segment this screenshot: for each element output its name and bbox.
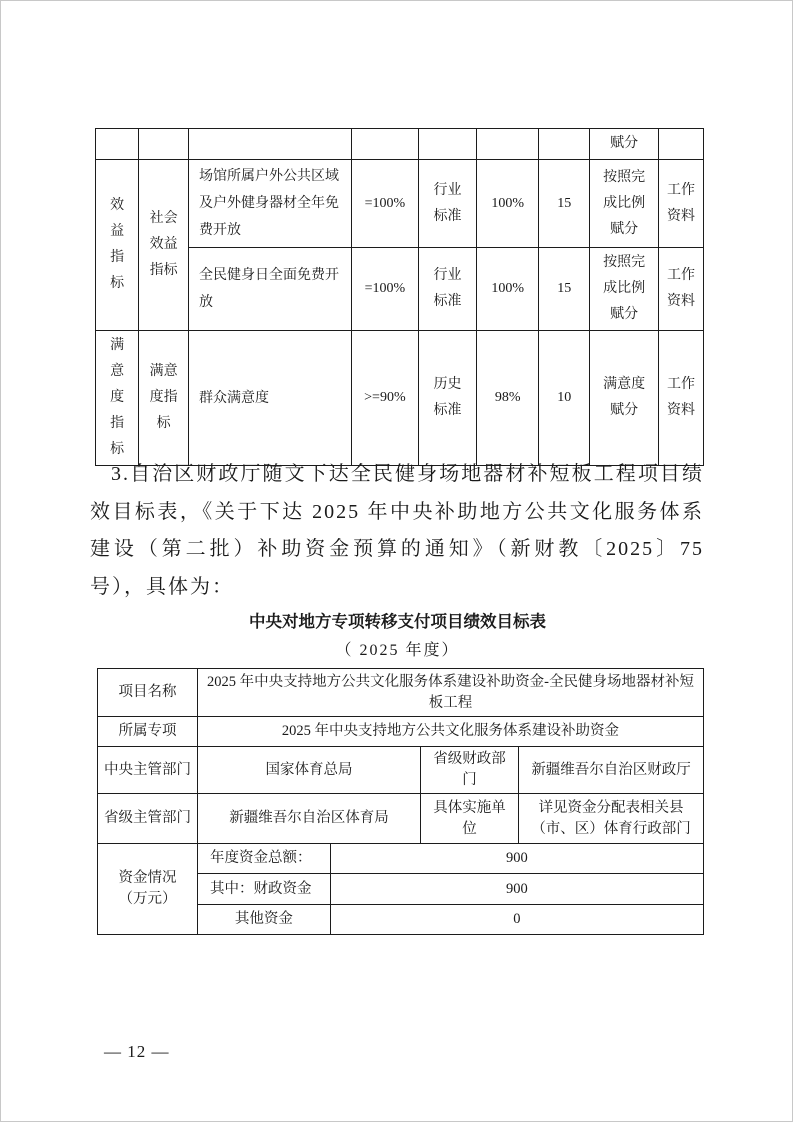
row-label-cell: 省级主管部门	[98, 794, 198, 844]
document-page: 赋分 效 益 指 标 社会 效益 指标 场馆所属户外公共区域及户外健身器材全年免…	[0, 0, 793, 1122]
table-row-project-name: 项目名称 2025 年中央支持地方公共文化服务体系建设补助资金-全民健身场地器材…	[98, 669, 704, 717]
standard-cell: 历史 标准	[418, 331, 476, 466]
central-dept-cell: 国家体育总局	[197, 747, 420, 794]
empty-cell	[539, 129, 590, 160]
table-row-benefit-1: 效 益 指 标 社会 效益 指标 场馆所属户外公共区域及户外健身器材全年免费开放…	[96, 160, 704, 248]
value-cell: 98%	[477, 331, 539, 466]
indicator-name-cell: 群众满意度	[189, 331, 352, 466]
subcategory-cell: 满意 度指 标	[139, 331, 189, 466]
target-cell: =100%	[351, 160, 418, 248]
source-cell: 工作 资料	[658, 248, 703, 331]
row-label-cell: 资金情况 （万元）	[98, 844, 198, 935]
score-cell: 15	[539, 248, 590, 331]
empty-cell	[418, 129, 476, 160]
table-row-provincial-dept: 省级主管部门 新疆维吾尔自治区体育局 具体实施单 位 详见资金分配表相关县 （市…	[98, 794, 704, 844]
funding-other-value-cell: 0	[330, 905, 703, 935]
row-label-cell: 所属专项	[98, 717, 198, 747]
empty-cell	[351, 129, 418, 160]
body-paragraph: 3.自治区财政厅随文下达全民健身场地器材补短板工程项目绩效目标表，《关于下达 2…	[90, 456, 704, 606]
empty-cell	[658, 129, 703, 160]
empty-cell	[96, 129, 139, 160]
table-row-parent-program: 所属专项 2025 年中央支持地方公共文化服务体系建设补助资金	[98, 717, 704, 747]
row-label-cell: 具体实施单 位	[420, 794, 518, 844]
value-cell: 100%	[477, 160, 539, 248]
subcategory-cell: 社会 效益 指标	[139, 160, 189, 331]
source-cell: 工作 资料	[658, 331, 703, 466]
indicator-table: 赋分 效 益 指 标 社会 效益 指标 场馆所属户外公共区域及户外健身器材全年免…	[95, 128, 704, 466]
empty-cell	[477, 129, 539, 160]
funding-other-label-cell: 其他资金	[197, 905, 330, 935]
provincial-finance-cell: 新疆维吾尔自治区财政厅	[519, 747, 704, 794]
row-label-cell: 项目名称	[98, 669, 198, 717]
scoring-method-cell: 满意度 赋分	[590, 331, 659, 466]
category-cell: 效 益 指 标	[96, 160, 139, 331]
table-row-funding-total: 资金情况 （万元） 年度资金总额： 900	[98, 844, 704, 874]
category-cell: 满 意 度 指 标	[96, 331, 139, 466]
scoring-method-cell: 按照完 成比例 赋分	[590, 160, 659, 248]
table-row-central-dept: 中央主管部门 国家体育总局 省级财政部 门 新疆维吾尔自治区财政厅	[98, 747, 704, 794]
table-row-carryover: 赋分	[96, 129, 704, 160]
provincial-dept-cell: 新疆维吾尔自治区体育局	[197, 794, 420, 844]
indicator-name-cell: 场馆所属户外公共区域及户外健身器材全年免费开放	[189, 160, 352, 248]
score-cell: 15	[539, 160, 590, 248]
value-cell: 100%	[477, 248, 539, 331]
implementing-unit-cell: 详见资金分配表相关县 （市、区）体育行政部门	[519, 794, 704, 844]
project-name-cell: 2025 年中央支持地方公共文化服务体系建设补助资金-全民健身场地器材补短板工程	[197, 669, 703, 717]
score-cell: 10	[539, 331, 590, 466]
row-label-cell: 中央主管部门	[98, 747, 198, 794]
row-label-cell: 省级财政部 门	[420, 747, 518, 794]
target-cell: =100%	[351, 248, 418, 331]
scoring-method-cell: 赋分	[590, 129, 659, 160]
parent-program-cell: 2025 年中央支持地方公共文化服务体系建设补助资金	[197, 717, 703, 747]
funding-fiscal-value-cell: 900	[330, 874, 703, 905]
scoring-method-cell: 按照完 成比例 赋分	[590, 248, 659, 331]
funding-total-label-cell: 年度资金总额：	[197, 844, 330, 874]
target-table-subtitle: （ 2025 年度）	[1, 641, 793, 661]
target-table: 项目名称 2025 年中央支持地方公共文化服务体系建设补助资金-全民健身场地器材…	[97, 668, 704, 935]
page-number: — 12 —	[104, 1042, 170, 1062]
table-row-satisfaction: 满 意 度 指 标 满意 度指 标 群众满意度 >=90% 历史 标准 98% …	[96, 331, 704, 466]
target-cell: >=90%	[351, 331, 418, 466]
target-table-title: 中央对地方专项转移支付项目绩效目标表	[1, 612, 793, 632]
funding-fiscal-label-cell: 其中：财政资金	[197, 874, 330, 905]
standard-cell: 行业 标准	[418, 160, 476, 248]
indicator-name-cell: 全民健身日全面免费开放	[189, 248, 352, 331]
empty-cell	[139, 129, 189, 160]
funding-total-value-cell: 900	[330, 844, 703, 874]
source-cell: 工作 资料	[658, 160, 703, 248]
standard-cell: 行业 标准	[418, 248, 476, 331]
empty-cell	[189, 129, 352, 160]
